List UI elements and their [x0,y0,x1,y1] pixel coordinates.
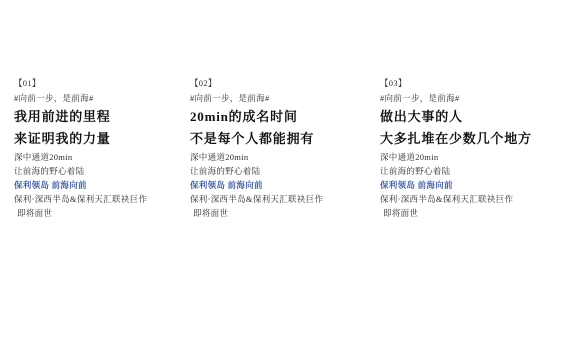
option-index-label: 【02】 [190,76,368,91]
copy-option-1: 【01】 #向前一步，是前海# 我用前进的里程 来证明我的力量 深中通道20mi… [14,76,192,220]
copy-option-3: 【03】 #向前一步，是前海# 做出大事的人 大多扎堆在少数几个地方 深中通道2… [380,76,558,220]
launch-status-line: 即将面世 [190,206,368,220]
headline-line-2: 大多扎堆在少数几个地方 [380,128,558,150]
headline-line-1: 我用前进的里程 [14,106,192,128]
brand-highlight-line: 保利领岛 前海向前 [190,178,368,192]
launch-status-line: 即将面世 [380,206,558,220]
body-line-ambition: 让前海的野心着陆 [14,164,192,178]
copywriting-options-document: 【01】 #向前一步，是前海# 我用前进的里程 来证明我的力量 深中通道20mi… [0,0,570,360]
project-names-line: 保利·深西半岛&保利天汇联袂巨作 [380,192,558,206]
body-line-ambition: 让前海的野心着陆 [380,164,558,178]
launch-status-line: 即将面世 [14,206,192,220]
headline-line-1: 20min的成名时间 [190,106,368,128]
brand-highlight-line: 保利领岛 前海向前 [380,178,558,192]
body-line-commute: 深中通道20min [380,150,558,164]
body-line-commute: 深中通道20min [190,150,368,164]
option-index-label: 【01】 [14,76,192,91]
campaign-hashtag: #向前一步，是前海# [190,91,368,106]
option-index-label: 【03】 [380,76,558,91]
body-line-ambition: 让前海的野心着陆 [190,164,368,178]
brand-highlight-line: 保利领岛 前海向前 [14,178,192,192]
project-names-line: 保利·深西半岛&保利天汇联袂巨作 [190,192,368,206]
headline-line-2: 来证明我的力量 [14,128,192,150]
campaign-hashtag: #向前一步，是前海# [14,91,192,106]
project-names-line: 保利·深西半岛&保利天汇联袂巨作 [14,192,192,206]
campaign-hashtag: #向前一步，是前海# [380,91,558,106]
body-line-commute: 深中通道20min [14,150,192,164]
headline-line-2: 不是每个人都能拥有 [190,128,368,150]
headline-line-1: 做出大事的人 [380,106,558,128]
copy-option-2: 【02】 #向前一步，是前海# 20min的成名时间 不是每个人都能拥有 深中通… [190,76,368,220]
